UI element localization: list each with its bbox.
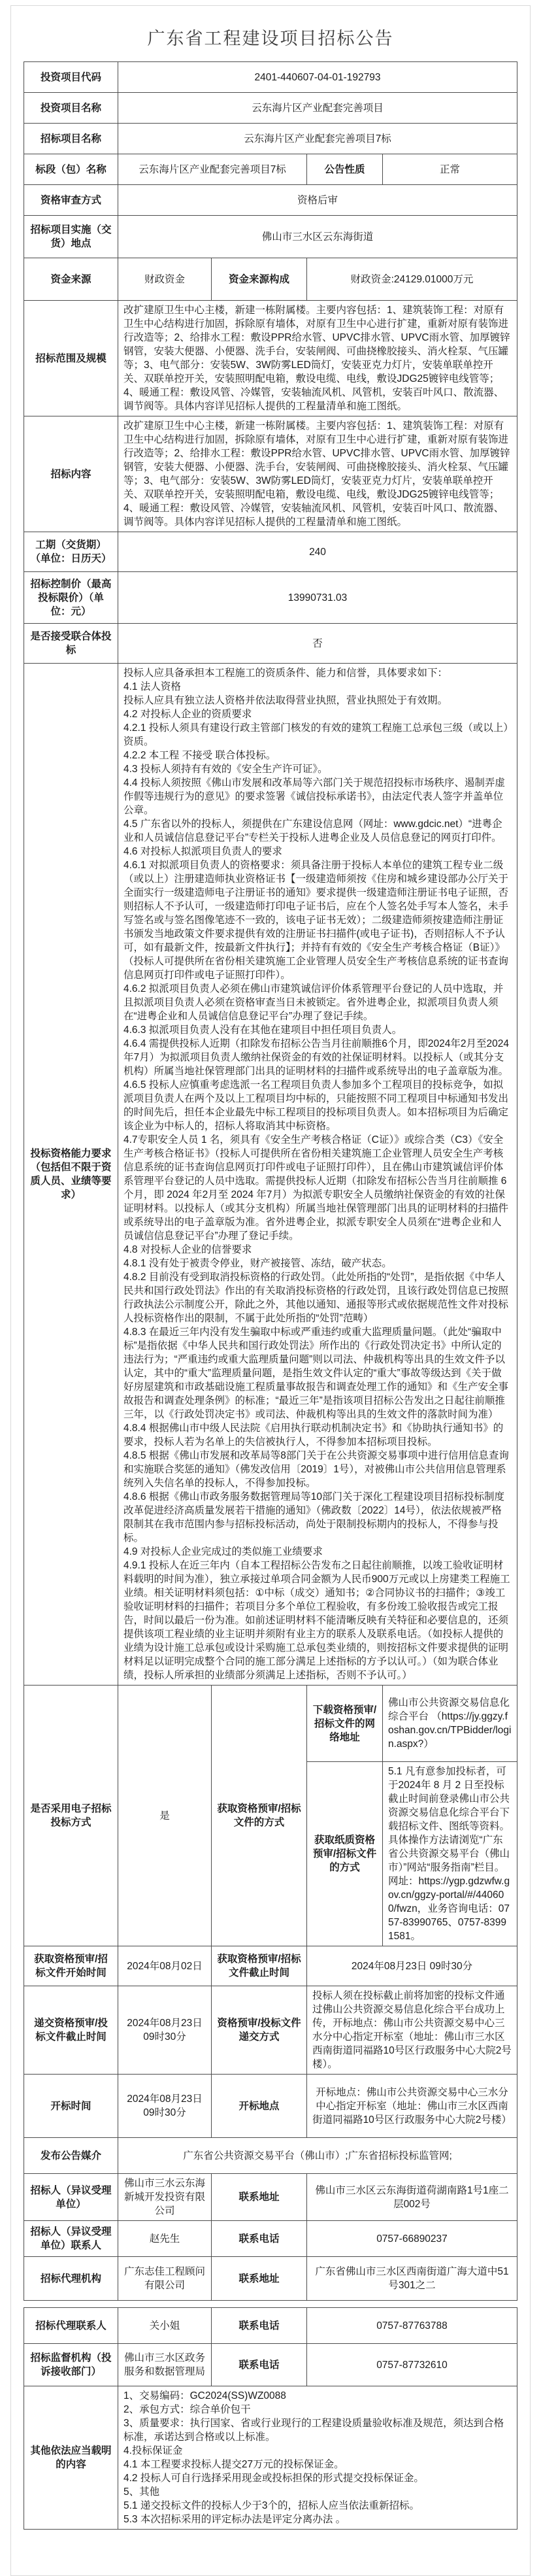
funding-comp-label: 资金来源构成: [212, 258, 307, 301]
ceiling-price-value: 13990731.03: [118, 572, 517, 624]
row-funding: 资金来源 财政资金 资金来源构成 财政资金:24129.01000万元: [24, 258, 517, 301]
location-label: 招标项目实施（交货）地点: [24, 216, 118, 258]
row-media: 发布公告媒介 广东省公共资源交易平台（佛山市）;广东省招标投标监管网;: [24, 2138, 517, 2174]
opening-place-value: 开标地点：佛山市公共资源交易中心三水分中心指定开标室（地址：佛山市三水区西南街道…: [307, 2075, 517, 2138]
row-electronic-a: 是否采用电子招标投标方式 是 获取资格预审/招标文件的方式 下载资格预审/招标文…: [24, 1686, 517, 1762]
paper-method-label: 获取纸质资格预审/招标文件的方式: [307, 1762, 383, 1946]
section-value: 云东海片区产业配套完善项目7标: [118, 154, 307, 185]
agency-addr-value: 广东省佛山市三水区西南街道广海大道中51号301之二: [307, 2257, 517, 2301]
row-opening: 开标时间 2024年08月23日 09时30分 开标地点 开标地点：佛山市公共资…: [24, 2075, 517, 2138]
agency-contact-value: 关小姐: [118, 2308, 211, 2344]
consortium-label: 是否接受联合体投标: [24, 624, 118, 664]
notice-nature-label: 公告性质: [307, 154, 383, 185]
tenderer-tel-value: 0757-66890237: [307, 2221, 517, 2257]
project-code-value: 2401-440607-04-01-192793: [118, 62, 517, 93]
project-code-label: 投资项目代码: [24, 62, 118, 93]
electronic-value: 是: [118, 1686, 212, 1946]
tenderer-addr-label: 联系地址: [212, 2174, 307, 2221]
announcement-table: 投资项目代码 2401-440607-04-01-192793 投资项目名称 云…: [24, 61, 517, 2301]
qual-method-value: 资格后审: [118, 185, 517, 216]
invest-name-label: 投资项目名称: [24, 93, 118, 124]
scope-label: 招标范围及规模: [24, 301, 118, 416]
row-other: 其他依法应当载明的内容 1、交易编码：GC2024(SS)WZ0088 2、承包…: [24, 2386, 517, 2530]
obtain-start-value: 2024年08月02日: [118, 1946, 212, 1986]
supervisor-value: 佛山市三水区政务服务和数据管理局: [118, 2344, 211, 2386]
agency-label: 招标代理机构: [24, 2257, 118, 2301]
funding-label: 资金来源: [24, 258, 118, 301]
ceiling-price-label: 招标控制价（最高投标限价）（单位：元）: [24, 572, 118, 624]
opening-place-label: 开标地点: [212, 2075, 307, 2138]
qual-method-label: 资格审查方式: [24, 185, 118, 216]
submit-method-label: 资格预审/投标文件递交方式: [212, 1986, 307, 2075]
submit-deadline-label: 递交资格预审/投标文件截止时间: [24, 1986, 118, 2075]
announcement-table-bottom: 招标代理联系人 关小姐 联系电话 0757-87763788 招标监督机构（投诉…: [24, 2307, 517, 2530]
supervisor-label: 招标监督机构（投诉接收部门）: [24, 2344, 118, 2386]
row-ceiling-price: 招标控制价（最高投标限价）（单位：元） 13990731.03: [24, 572, 517, 624]
duration-value: 240: [118, 532, 517, 572]
row-location: 招标项目实施（交货）地点 佛山市三水区云东海街道: [24, 216, 517, 258]
qualification-value: 投标人应具备承担本工程施工的资质条件、能力和信誉，具体要求如下： 4.1 法人资…: [118, 664, 517, 1686]
row-qualification: 投标资格能力要求（包括但不限于资质人员、业绩等要求） 投标人应具备承担本工程施工…: [24, 664, 517, 1686]
funding-value: 财政资金: [118, 258, 212, 301]
supervisor-tel-label: 联系电话: [211, 2344, 306, 2386]
tenderer-contact-label: 招标人（异议受理单位）联系人: [24, 2221, 118, 2257]
other-label: 其他依法应当载明的内容: [24, 2386, 118, 2530]
row-agency: 招标代理机构 广东志佳工程顾问有限公司 联系地址 广东省佛山市三水区西南街道广海…: [24, 2257, 517, 2301]
invest-name-value: 云东海片区产业配套完善项目: [118, 93, 517, 124]
obtain-end-value: 2024年08月23日 09时30分: [307, 1946, 517, 1986]
agency-contact-label: 招标代理联系人: [24, 2308, 118, 2344]
agency-addr-label: 联系地址: [212, 2257, 307, 2301]
consortium-value: 否: [118, 624, 517, 664]
row-project-code: 投资项目代码 2401-440607-04-01-192793: [24, 62, 517, 93]
supervisor-tel-value: 0757-87732610: [306, 2344, 517, 2386]
download-url-label: 下载资格预审/招标文件的网络地址: [307, 1686, 383, 1762]
other-value: 1、交易编码：GC2024(SS)WZ0088 2、承包方式：综合单价包干 3、…: [118, 2386, 517, 2530]
row-tenderer: 招标人（异议受理单位） 佛山市三水云东海新城开发投资有限公司 联系地址 佛山市三…: [24, 2174, 517, 2221]
row-section: 标段（包）名称 云东海片区产业配套完善项目7标 公告性质 正常: [24, 154, 517, 185]
paper-method-value: 5.1 凡有意参加投标者，可于2024年 8 月 2 日至投标截止时间前登录佛山…: [383, 1762, 517, 1946]
announcement-page: 广东省工程建设项目招标公告 投资项目代码 2401-440607-04-01-1…: [10, 5, 531, 2576]
tenderer-label: 招标人（异议受理单位）: [24, 2174, 118, 2221]
row-consortium: 是否接受联合体投标 否: [24, 624, 517, 664]
agency-value: 广东志佳工程顾问有限公司: [118, 2257, 212, 2301]
tenderer-tel-label: 联系电话: [212, 2221, 307, 2257]
media-label: 发布公告媒介: [24, 2138, 118, 2174]
obtain-start-label: 获取资格预审/招标文件开始时间: [24, 1946, 118, 1986]
notice-nature-value: 正常: [383, 154, 517, 185]
table-gap: [11, 2301, 530, 2307]
tenderer-contact-value: 赵先生: [118, 2221, 212, 2257]
tender-name-label: 招标项目名称: [24, 124, 118, 154]
opening-time-label: 开标时间: [24, 2075, 118, 2138]
opening-time-value: 2024年08月23日 09时30分: [118, 2075, 212, 2138]
row-tenderer-contact: 招标人（异议受理单位）联系人 赵先生 联系电话 0757-66890237: [24, 2221, 517, 2257]
content-label: 招标内容: [24, 416, 118, 532]
tender-name-value: 云东海片区产业配套完善项目7标: [118, 124, 517, 154]
row-invest-name: 投资项目名称 云东海片区产业配套完善项目: [24, 93, 517, 124]
obtain-end-label: 获取资格预审/招标文件截止时间: [212, 1946, 307, 1986]
row-obtain-time: 获取资格预审/招标文件开始时间 2024年08月02日 获取资格预审/招标文件截…: [24, 1946, 517, 1986]
row-qual-method: 资格审查方式 资格后审: [24, 185, 517, 216]
agency-tel-label: 联系电话: [211, 2308, 306, 2344]
electronic-label: 是否采用电子招标投标方式: [24, 1686, 118, 1946]
page-title: 广东省工程建设项目招标公告: [11, 24, 530, 50]
media-value: 广东省公共资源交易平台（佛山市）;广东省招标投标监管网;: [118, 2138, 517, 2174]
submit-deadline-value: 2024年08月23日 09时30分: [118, 1986, 212, 2075]
tenderer-value: 佛山市三水云东海新城开发投资有限公司: [118, 2174, 212, 2221]
row-agency-contact: 招标代理联系人 关小姐 联系电话 0757-87763788: [24, 2308, 517, 2344]
obtain-method-label: 获取资格预审/招标文件的方式: [212, 1686, 307, 1946]
row-tender-name: 招标项目名称 云东海片区产业配套完善项目7标: [24, 124, 517, 154]
qualification-label: 投标资格能力要求（包括但不限于资质人员、业绩等要求）: [24, 664, 118, 1686]
row-content: 招标内容 改扩建原卫生中心主楼，新建一栋附属楼。主要内容包括：1、建筑装饰工程：…: [24, 416, 517, 532]
scope-value: 改扩建原卫生中心主楼，新建一栋附属楼。主要内容包括：1、建筑装饰工程：对原有卫生…: [118, 301, 517, 416]
row-scope: 招标范围及规模 改扩建原卫生中心主楼，新建一栋附属楼。主要内容包括：1、建筑装饰…: [24, 301, 517, 416]
row-supervisor: 招标监督机构（投诉接收部门） 佛山市三水区政务服务和数据管理局 联系电话 075…: [24, 2344, 517, 2386]
location-value: 佛山市三水区云东海街道: [118, 216, 517, 258]
funding-comp-value: 财政资金:24129.01000万元: [307, 258, 517, 301]
section-label: 标段（包）名称: [24, 154, 118, 185]
row-duration: 工期（交货期）（单位：日历天） 240: [24, 532, 517, 572]
duration-label: 工期（交货期）（单位：日历天）: [24, 532, 118, 572]
row-submit: 递交资格预审/投标文件截止时间 2024年08月23日 09时30分 资格预审/…: [24, 1986, 517, 2075]
agency-tel-value: 0757-87763788: [306, 2308, 517, 2344]
content-value: 改扩建原卫生中心主楼，新建一栋附属楼。主要内容包括：1、建筑装饰工程：对原有卫生…: [118, 416, 517, 532]
submit-method-value: 投标人须在投标截止前将加密的投标文件通过佛山公共资源交易信息化综合平台成功上传，…: [307, 1986, 517, 2075]
tenderer-addr-value: 佛山市三水区云东海街道荷湖南路1号1座二层002号: [307, 2174, 517, 2221]
download-url-value: 佛山市公共资源交易信息化综合平台 （https://jy.ggzy.foshan…: [383, 1686, 517, 1762]
